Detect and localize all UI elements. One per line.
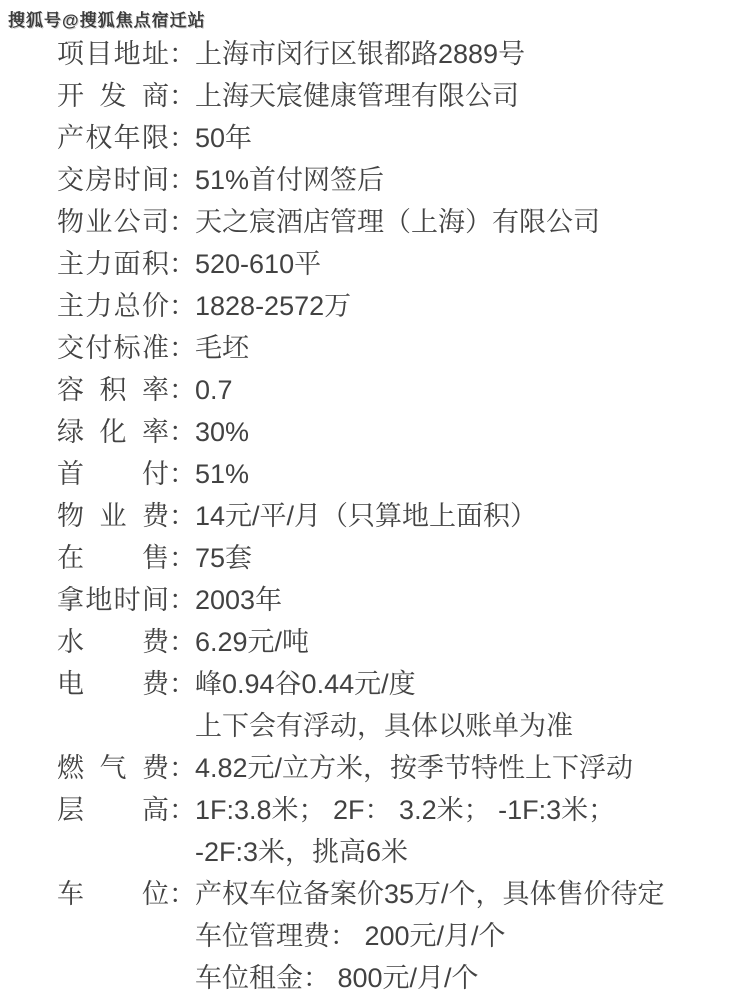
property-row: 交付标准 ： 毛坯 (57, 327, 730, 369)
property-row: 电费 ： 峰0.94谷0.44元/度上下会有浮动，具体以账单为准 (57, 663, 730, 747)
property-value: 2003年 (195, 579, 730, 621)
property-value-line: 6.29元/吨 (195, 621, 730, 663)
page: { "page": { "background": "#ffffff", "te… (0, 0, 740, 999)
property-value: 1828-2572万 (195, 285, 730, 327)
property-label: 水费 (57, 621, 169, 663)
property-row: 项目地址 ： 上海市闵行区银都路2889号 (57, 33, 730, 75)
property-row: 物业公司 ： 天之宸酒店管理（上海）有限公司 (57, 201, 730, 243)
property-label: 燃气费 (57, 747, 169, 789)
property-value: 峰0.94谷0.44元/度上下会有浮动，具体以账单为准 (195, 663, 730, 747)
property-value-line: 产权车位备案价35万/个，具体售价待定 (195, 873, 730, 915)
property-value-line: 天之宸酒店管理（上海）有限公司 (195, 201, 730, 243)
property-row: 车位 ： 产权车位备案价35万/个，具体售价待定车位管理费： 200元/月/个车… (57, 873, 730, 999)
property-label: 层高 (57, 789, 169, 831)
property-value: 毛坯 (195, 327, 730, 369)
property-value-line: 1F:3.8米； 2F： 3.2米； -1F:3米； (195, 789, 730, 831)
property-value-line: 上海天宸健康管理有限公司 (195, 75, 730, 117)
property-row: 水费 ： 6.29元/吨 (57, 621, 730, 663)
label-colon: ： (169, 201, 195, 243)
property-value: 6.29元/吨 (195, 621, 730, 663)
property-value-line: 51%首付网签后 (195, 159, 730, 201)
label-colon: ： (169, 33, 195, 75)
property-value: 51%首付网签后 (195, 159, 730, 201)
property-value-line: 51% (195, 453, 730, 495)
property-value: 1F:3.8米； 2F： 3.2米； -1F:3米；-2F:3米，挑高6米 (195, 789, 730, 873)
property-label: 产权年限 (57, 117, 169, 159)
property-value-line: 车位管理费： 200元/月/个 (195, 915, 730, 957)
property-label: 首付 (57, 453, 169, 495)
property-value-line: -2F:3米，挑高6米 (195, 831, 730, 873)
label-colon: ： (169, 159, 195, 201)
label-colon: ： (169, 579, 195, 621)
property-value-line: 50年 (195, 117, 730, 159)
property-label: 电费 (57, 663, 169, 705)
label-colon: ： (169, 621, 195, 663)
label-colon: ： (169, 747, 195, 789)
property-value: 51% (195, 453, 730, 495)
property-row: 燃气费 ： 4.82元/立方米，按季节特性上下浮动 (57, 747, 730, 789)
property-row: 产权年限 ： 50年 (57, 117, 730, 159)
property-value: 天之宸酒店管理（上海）有限公司 (195, 201, 730, 243)
property-info-list: 项目地址 ： 上海市闵行区银都路2889号 开发商 ： 上海天宸健康管理有限公司… (57, 33, 730, 999)
property-label: 交付标准 (57, 327, 169, 369)
property-row: 在售 ： 75套 (57, 537, 730, 579)
property-value-line: 0.7 (195, 369, 730, 411)
property-value: 4.82元/立方米，按季节特性上下浮动 (195, 747, 730, 789)
property-value-line: 4.82元/立方米，按季节特性上下浮动 (195, 747, 730, 789)
property-row: 开发商 ： 上海天宸健康管理有限公司 (57, 75, 730, 117)
property-row: 绿化率 ： 30% (57, 411, 730, 453)
property-row: 交房时间 ： 51%首付网签后 (57, 159, 730, 201)
property-label: 项目地址 (57, 33, 169, 75)
property-value: 上海市闵行区银都路2889号 (195, 33, 730, 75)
label-colon: ： (169, 411, 195, 453)
label-colon: ： (169, 369, 195, 411)
label-colon: ： (169, 453, 195, 495)
label-colon: ： (169, 789, 195, 831)
label-colon: ： (169, 327, 195, 369)
property-label: 物业费 (57, 495, 169, 537)
property-row: 物业费 ： 14元/平/月（只算地上面积） (57, 495, 730, 537)
property-label: 拿地时间 (57, 579, 169, 621)
property-value-line: 30% (195, 411, 730, 453)
property-label: 物业公司 (57, 201, 169, 243)
property-row: 首付 ： 51% (57, 453, 730, 495)
property-row: 主力面积 ： 520-610平 (57, 243, 730, 285)
property-label: 绿化率 (57, 411, 169, 453)
property-value-line: 2003年 (195, 579, 730, 621)
property-row: 主力总价 ： 1828-2572万 (57, 285, 730, 327)
label-colon: ： (169, 117, 195, 159)
property-label: 开发商 (57, 75, 169, 117)
property-value-line: 上下会有浮动，具体以账单为准 (195, 705, 730, 747)
property-value: 0.7 (195, 369, 730, 411)
label-colon: ： (169, 663, 195, 705)
property-value-line: 峰0.94谷0.44元/度 (195, 663, 730, 705)
property-label: 主力面积 (57, 243, 169, 285)
label-colon: ： (169, 75, 195, 117)
property-label: 车位 (57, 873, 169, 915)
property-value: 上海天宸健康管理有限公司 (195, 75, 730, 117)
property-value: 520-610平 (195, 243, 730, 285)
property-value: 产权车位备案价35万/个，具体售价待定车位管理费： 200元/月/个车位租金： … (195, 873, 730, 999)
label-colon: ： (169, 495, 195, 537)
property-value-line: 上海市闵行区银都路2889号 (195, 33, 730, 75)
property-label: 主力总价 (57, 285, 169, 327)
sohu-watermark: 搜狐号@搜狐焦点宿迁站 (8, 6, 206, 31)
property-label: 交房时间 (57, 159, 169, 201)
property-value-line: 车位租金： 800元/月/个 (195, 957, 730, 999)
label-colon: ： (169, 873, 195, 915)
property-value-line: 毛坯 (195, 327, 730, 369)
property-value: 14元/平/月（只算地上面积） (195, 495, 730, 537)
property-value: 30% (195, 411, 730, 453)
label-colon: ： (169, 537, 195, 579)
label-colon: ： (169, 285, 195, 327)
property-value-line: 75套 (195, 537, 730, 579)
property-label: 在售 (57, 537, 169, 579)
label-colon: ： (169, 243, 195, 285)
property-label: 容积率 (57, 369, 169, 411)
property-value: 50年 (195, 117, 730, 159)
property-row: 容积率 ： 0.7 (57, 369, 730, 411)
property-value: 75套 (195, 537, 730, 579)
property-value-line: 520-610平 (195, 243, 730, 285)
property-value-line: 1828-2572万 (195, 285, 730, 327)
property-value-line: 14元/平/月（只算地上面积） (195, 495, 730, 537)
property-row: 层高 ： 1F:3.8米； 2F： 3.2米； -1F:3米；-2F:3米，挑高… (57, 789, 730, 873)
property-row: 拿地时间 ： 2003年 (57, 579, 730, 621)
